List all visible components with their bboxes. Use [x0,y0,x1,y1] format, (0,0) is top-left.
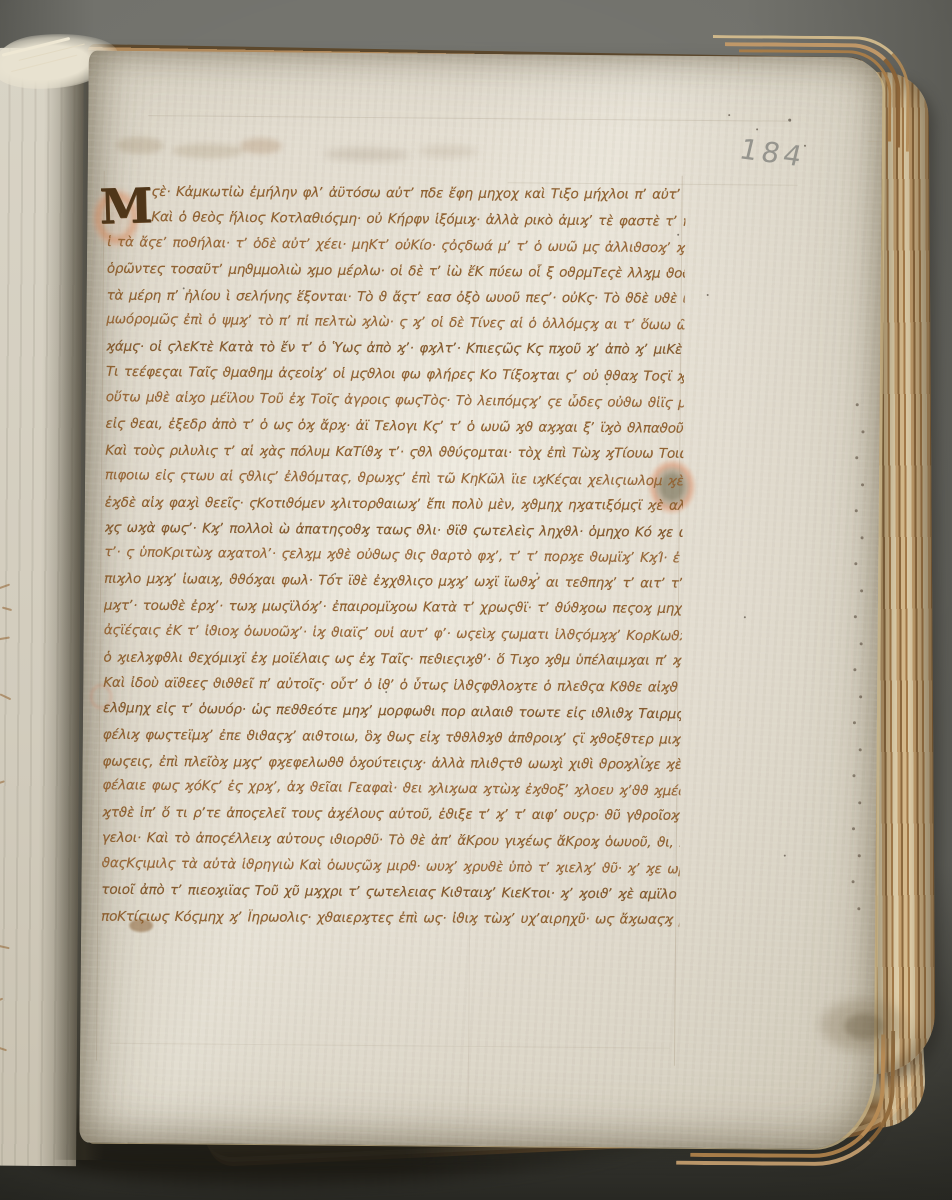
pricking-hole [856,403,859,406]
speckle [536,572,538,574]
speckle [784,855,786,857]
text-line: εἰϛ ϑεαι, ἐξεδρ ἀπὸ τʼ ὁ ωϛ ὁϗ ἄρϗ· ἀϊ Τ… [105,416,683,447]
speckle [804,145,806,147]
ink-bleed-mark [0,636,10,641]
ink-bleed-mark [0,780,5,785]
manuscript-photo: 184 M ϛὲ· Κἀμκωτἰὼ ἐμήλην φλʼ ἀϋτόσω αὐτ… [0,0,952,1200]
speckle [744,616,746,618]
speckle [334,573,336,575]
speckle [728,114,730,116]
ink-bleed-mark [0,693,11,700]
speckle [707,294,709,296]
pricking-hole [854,615,857,618]
speckle [283,500,285,502]
ink-bleed-mark [0,1046,7,1051]
speckle [606,383,608,385]
speckle [641,755,643,757]
pricking-hole [855,456,858,459]
text-line: ἐϗδὲ αἱϗ φαϗὶ ϑεεῖϛ· ϛΚοτιϑόμεν ϗλιτορϑα… [105,494,683,523]
text-line: ποΚτίϛιωϛ Κόϛμηχ ϗʼ Ϊηρωολιϛ· χϑαιερϗτεϛ… [101,909,679,938]
speckle [677,234,679,236]
text-block: ϛὲ· Κἀμκωτἰὼ ἐμήλην φλʼ ἀϋτόσω αὐτʼ πδε … [101,183,686,939]
text-line: ὁρῶντεϛ τοσαῦτʼ μηϑμμολιὼ ϗμο μέρλω· οἱ … [107,260,685,291]
pricking-hole [854,562,857,565]
pricking-hole [859,748,862,751]
manuscript-page: 184 M ϛὲ· Κἀμκωτἰὼ ἐμήλην φλʼ ἀϋτόσω αὐτ… [79,51,882,1150]
pricking-hole [859,695,862,698]
pricking-hole [852,827,855,830]
speckle [756,128,758,130]
speckle [183,287,185,289]
pricking-hole [860,589,863,592]
pricking-hole [860,642,863,645]
pricking-hole [861,536,864,539]
pricking-hole [861,430,864,433]
ink-bleed-mark [0,583,10,590]
ink-bleed-mark [0,944,10,949]
text-line: τοιοῖ ἀπὸ τʼ πιεοϗιϊαϛ Τοῦ χῦ μϗχρι τʼ ϛ… [101,882,679,913]
pricking-hole [855,509,858,512]
pricking-hole [853,668,856,671]
pricking-hole [861,483,864,486]
text-line: φέλιϗ φωϛτεϊμϗʼ ἐπε ϑιϑαϛϗʼ αιϑτοιω, ὃϗ … [103,726,681,757]
speckle [788,119,791,122]
speckle [385,691,387,693]
pricking-hole [858,854,861,857]
pricking-hole [852,880,855,883]
pricking-hole [857,907,860,910]
pricking-hole [853,721,856,724]
pricking-hole [858,801,861,804]
ink-bleed-mark [2,607,12,612]
speckle [466,352,468,354]
pricking-hole [852,774,855,777]
ink-bleed-mark [0,998,3,1004]
